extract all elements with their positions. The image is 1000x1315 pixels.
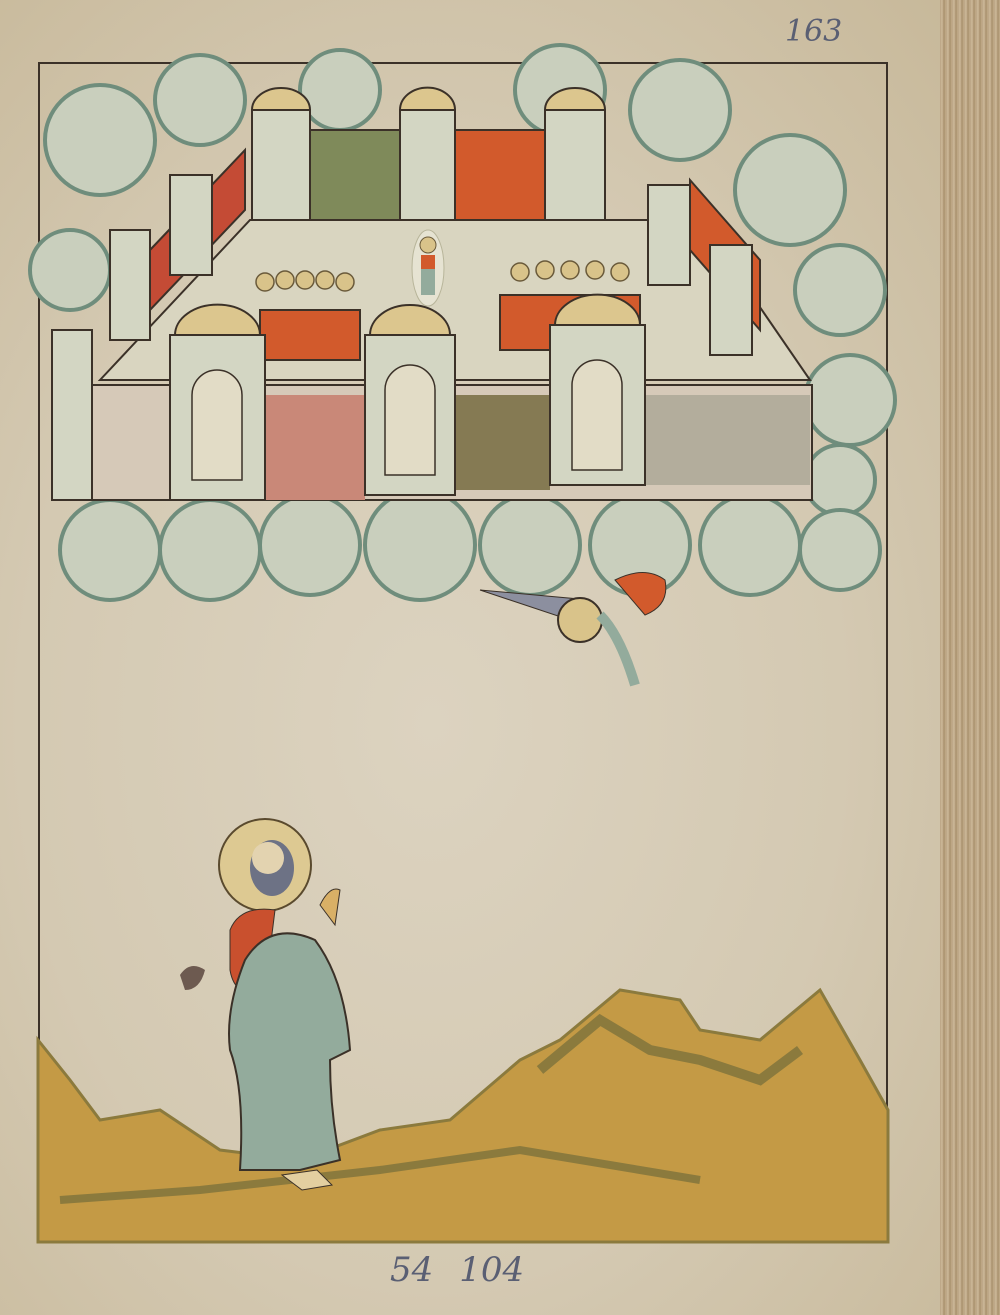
shelfmark-annotation: 54104 — [390, 1250, 550, 1290]
illustration — [0, 0, 960, 1315]
book-fore-edge — [940, 0, 1000, 1315]
annotation-number-1: 54 — [390, 1250, 433, 1290]
manuscript-page: 163 — [0, 0, 960, 1315]
annotation-number-2: 104 — [459, 1250, 524, 1290]
